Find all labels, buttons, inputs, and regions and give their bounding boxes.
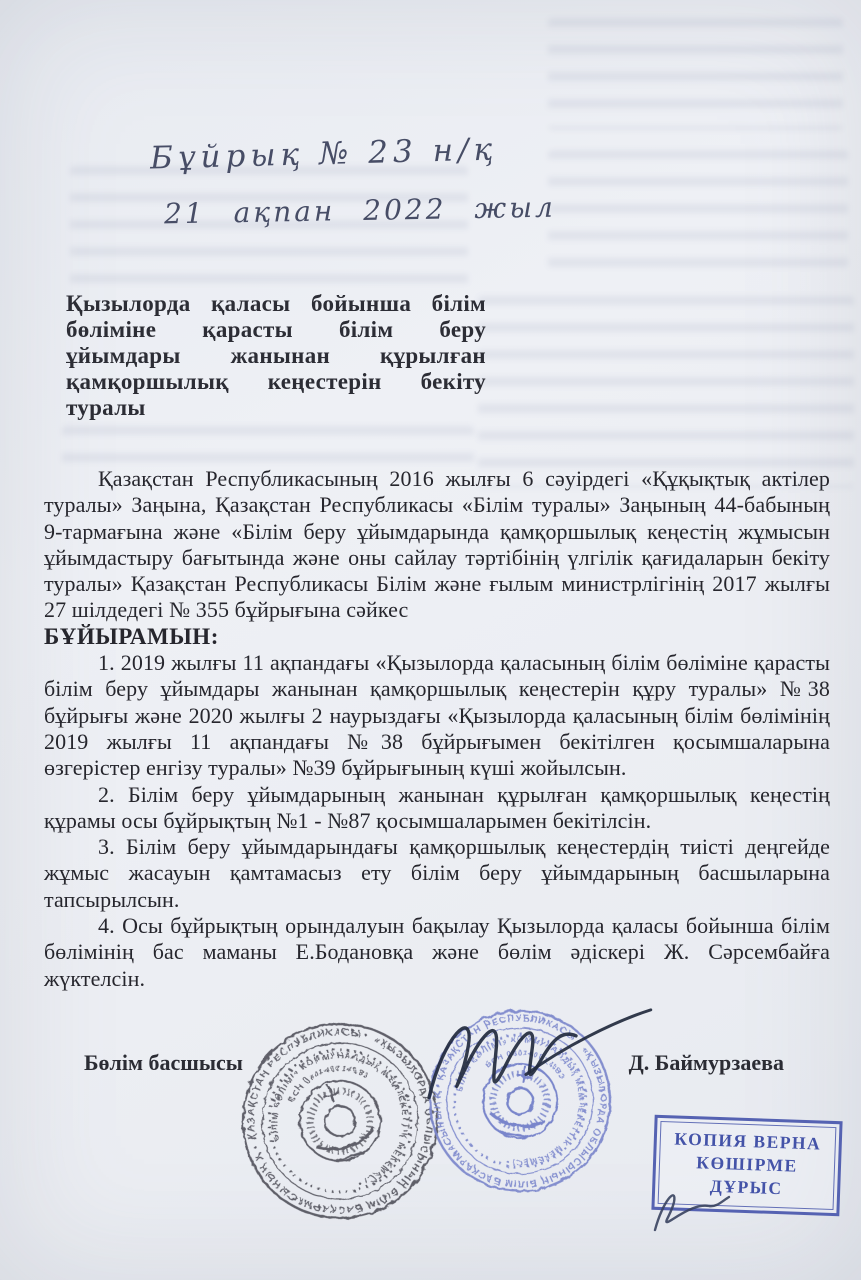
bleedthrough-ghost-text	[478, 296, 854, 488]
bleedthrough-ghost-text	[548, 150, 848, 268]
handwritten-order-date: 21 ақпан 2022 жыл	[164, 191, 556, 231]
order-item-1: 1. 2019 жылғы 11 ақпандағы «Қызылорда қа…	[44, 650, 830, 781]
scanned-document-page: Бұйрық № 23 н/қ 21 ақпан 2022 жыл Қызыло…	[0, 0, 861, 1280]
order-item-3: 3. Білім беру ұйымдарындағы қамқоршылық …	[44, 834, 830, 913]
handwritten-order-number: Бұйрық № 23 н/қ	[150, 131, 498, 176]
handwritten-signature	[402, 989, 668, 1122]
order-item-4: 4. Осы бұйрықтың орындалуын бақылау Қызы…	[44, 913, 830, 992]
bleedthrough-ghost-text	[548, 18, 843, 130]
state-emblem-icon	[290, 1071, 391, 1172]
bleedthrough-ghost-text	[70, 166, 468, 298]
certification-signature	[645, 1182, 745, 1242]
order-word: БҰЙЫРАМЫН:	[44, 624, 830, 650]
document-title: Қызылорда қаласы бойынша білім бөліміне …	[66, 291, 486, 421]
order-item-2: 2. Білім беру ұйымдарының жанынан құрылғ…	[44, 782, 830, 835]
intro-paragraph: Қазақстан Республикасының 2016 жылғы 6 с…	[44, 466, 830, 624]
bleedthrough-ghost-text	[62, 426, 474, 470]
document-body: Қазақстан Республикасының 2016 жылғы 6 с…	[44, 466, 830, 992]
signatory-role: Бөлім басшысы	[84, 1050, 243, 1076]
